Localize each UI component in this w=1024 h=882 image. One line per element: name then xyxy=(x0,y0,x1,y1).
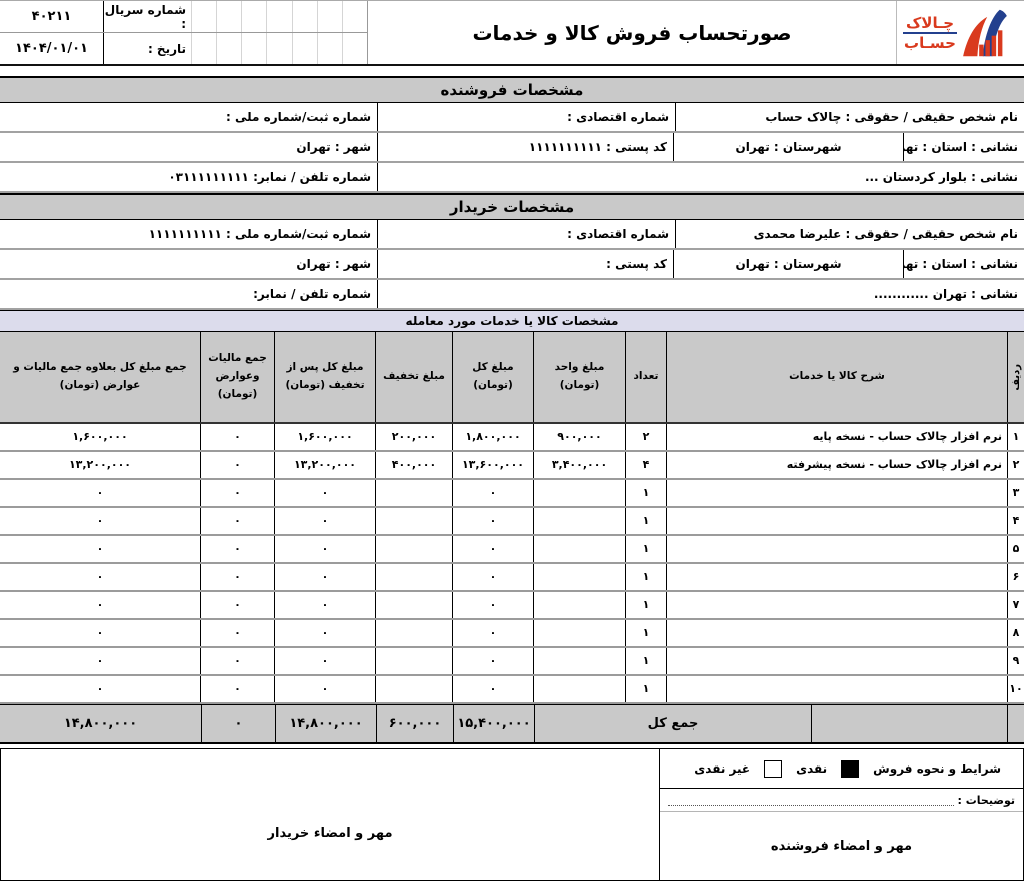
cell-total: ۰ xyxy=(452,648,533,674)
totals-empty-radif xyxy=(1007,705,1024,742)
totals-label: جمع کل xyxy=(534,705,811,742)
table-row: ۹۱۰۰۰۰ xyxy=(0,648,1024,676)
buyer-name: نام شخص حقیقی / حقوقی : علیرضا محمدی xyxy=(675,220,1024,248)
cell-desc xyxy=(666,592,1007,618)
cell-after: ۰ xyxy=(274,536,375,562)
table-row: ۱نرم افزار چالاک حساب - نسخه پایه۲۹۰۰,۰۰… xyxy=(0,424,1024,452)
col-header-description: شرح کالا یا خدمات xyxy=(666,332,1007,422)
cell-no: ۹ xyxy=(1007,648,1024,674)
buyer-registration: شماره ثبت/شماره ملی : ۱۱۱۱۱۱۱۱۱۱ xyxy=(0,220,377,248)
cell-disc xyxy=(375,648,452,674)
cell-total: ۱۳,۶۰۰,۰۰۰ xyxy=(452,452,533,478)
notes-row: توضیحات : xyxy=(660,789,1023,812)
items-band-title: مشخصات کالا یا خدمات مورد معامله xyxy=(0,310,1024,332)
empty-grid-cells xyxy=(191,1,367,32)
items-body: ۱نرم افزار چالاک حساب - نسخه پایه۲۹۰۰,۰۰… xyxy=(0,424,1024,704)
cell-no: ۸ xyxy=(1007,620,1024,646)
terms-label: شرایط و نحوه فروش xyxy=(873,762,1001,776)
table-row: ۶۱۰۰۰۰ xyxy=(0,564,1024,592)
cell-total: ۰ xyxy=(452,676,533,702)
cell-grand: ۰ xyxy=(0,564,200,590)
cell-unit xyxy=(533,592,625,618)
cell-tax: ۰ xyxy=(200,536,274,562)
totals-total-price: ۱۵,۴۰۰,۰۰۰ xyxy=(453,705,534,742)
empty-grid-cells xyxy=(191,33,367,64)
buyer-province: نشانی : استان : تهران xyxy=(903,250,1024,278)
cell-after: ۱۳,۲۰۰,۰۰۰ xyxy=(274,452,375,478)
logo-chart-icon xyxy=(960,8,1018,58)
cell-disc: ۴۰۰,۰۰۰ xyxy=(375,452,452,478)
buyer-section-header: مشخصات خریدار xyxy=(0,193,1024,220)
cell-grand: ۰ xyxy=(0,480,200,506)
seller-row-2: نشانی : استان : تهران شهرستان : تهران کد… xyxy=(0,133,1024,163)
buyer-address: نشانی : تهران ............ xyxy=(377,280,1024,308)
col-header-grand-total: جمع مبلغ کل بعلاوه جمع مالیات و عوارض (ت… xyxy=(0,332,200,422)
cell-tax: ۰ xyxy=(200,480,274,506)
cell-no: ۱۰ xyxy=(1007,676,1024,702)
cell-total: ۰ xyxy=(452,480,533,506)
cell-qty: ۱ xyxy=(625,564,666,590)
buyer-phone: شماره تلفن / نمابر: xyxy=(0,280,377,308)
cell-desc xyxy=(666,564,1007,590)
col-header-tax: جمع مالیات وعوارض (تومان) xyxy=(200,332,274,422)
seller-registration: شماره ثبت/شماره ملی : xyxy=(0,103,377,131)
cell-desc xyxy=(666,676,1007,702)
cell-grand: ۰ xyxy=(0,536,200,562)
cell-after: ۰ xyxy=(274,480,375,506)
table-row: ۵۱۰۰۰۰ xyxy=(0,536,1024,564)
buyer-row-3: نشانی : تهران ............ شماره تلفن / … xyxy=(0,280,1024,310)
cell-after: ۰ xyxy=(274,508,375,534)
table-row: ۴۱۰۰۰۰ xyxy=(0,508,1024,536)
buyer-city: شهر : تهران xyxy=(0,250,377,278)
cell-grand: ۱۳,۲۰۰,۰۰۰ xyxy=(0,452,200,478)
cell-grand: ۰ xyxy=(0,676,200,702)
cell-disc xyxy=(375,676,452,702)
cell-unit: ۹۰۰,۰۰۰ xyxy=(533,424,625,450)
totals-after-discount: ۱۴,۸۰۰,۰۰۰ xyxy=(275,705,376,742)
seller-signature-box: مهر و امضاء فروشنده xyxy=(660,812,1023,880)
table-row: ۲نرم افزار چالاک حساب - نسخه پیشرفته۴۳,۴… xyxy=(0,452,1024,480)
cell-unit: ۳,۴۰۰,۰۰۰ xyxy=(533,452,625,478)
col-header-row-number: ردیف xyxy=(1007,332,1024,422)
top-header: چـالاک حسـاب صورتحساب فروش کالا و خدمات … xyxy=(0,0,1024,66)
totals-tax: ۰ xyxy=(201,705,275,742)
cell-grand: ۰ xyxy=(0,592,200,618)
col-header-total-price: مبلغ کل (تومان) xyxy=(452,332,533,422)
cash-checkbox-checked-icon xyxy=(841,760,859,778)
seller-economic-code: شماره اقتصادی : xyxy=(377,103,675,131)
cell-unit xyxy=(533,508,625,534)
table-row: ۷۱۰۰۰۰ xyxy=(0,592,1024,620)
cell-tax: ۰ xyxy=(200,508,274,534)
cell-after: ۰ xyxy=(274,564,375,590)
col-header-quantity: تعداد xyxy=(625,332,666,422)
cell-tax: ۰ xyxy=(200,452,274,478)
cell-qty: ۲ xyxy=(625,424,666,450)
cell-tax: ۰ xyxy=(200,564,274,590)
cell-desc: نرم افزار چالاک حساب - نسخه پایه xyxy=(666,424,1007,450)
date-row: تاریخ : ۱۴۰۴/۰۱/۰۱ xyxy=(0,32,367,64)
cell-no: ۴ xyxy=(1007,508,1024,534)
cell-after: ۰ xyxy=(274,620,375,646)
cell-desc: نرم افزار چالاک حساب - نسخه پیشرفته xyxy=(666,452,1007,478)
table-row: ۱۰۱۰۰۰۰ xyxy=(0,676,1024,704)
cell-disc: ۲۰۰,۰۰۰ xyxy=(375,424,452,450)
cell-grand: ۱,۶۰۰,۰۰۰ xyxy=(0,424,200,450)
cell-disc xyxy=(375,564,452,590)
serial-row: شماره سریال : ۴۰۲۱۱ xyxy=(0,1,367,32)
totals-row: جمع کل ۱۵,۴۰۰,۰۰۰ ۶۰۰,۰۰۰ ۱۴,۸۰۰,۰۰۰ ۰ ۱… xyxy=(0,704,1024,744)
sale-terms-row: شرایط و نحوه فروش نقدی غیر نقدی xyxy=(660,749,1023,789)
cell-tax: ۰ xyxy=(200,648,274,674)
cell-total: ۰ xyxy=(452,620,533,646)
seller-province: نشانی : استان : تهران xyxy=(903,133,1024,161)
cell-unit xyxy=(533,480,625,506)
buyer-signature-box: مهر و امضاء خریدار xyxy=(1,749,659,880)
totals-discount: ۶۰۰,۰۰۰ xyxy=(376,705,453,742)
cell-desc xyxy=(666,536,1007,562)
cell-disc xyxy=(375,508,452,534)
cell-no: ۵ xyxy=(1007,536,1024,562)
items-table: ردیف شرح کالا یا خدمات تعداد مبلغ واحد (… xyxy=(0,332,1024,744)
cell-no: ۷ xyxy=(1007,592,1024,618)
footer-right-column: شرایط و نحوه فروش نقدی غیر نقدی توضیحات … xyxy=(659,749,1023,880)
cell-grand: ۰ xyxy=(0,620,200,646)
col-header-discount: مبلغ تخفیف xyxy=(375,332,452,422)
seller-postal-code: کد پستی : ۱۱۱۱۱۱۱۱۱۱ xyxy=(377,133,673,161)
logo-word-1: چـالاک xyxy=(903,14,957,34)
seller-county: شهرستان : تهران xyxy=(673,133,903,161)
cell-unit xyxy=(533,620,625,646)
cell-qty: ۱ xyxy=(625,620,666,646)
totals-grand-total: ۱۴,۸۰۰,۰۰۰ xyxy=(0,705,201,742)
cell-tax: ۰ xyxy=(200,676,274,702)
seller-name: نام شخص حقیقی / حقوقی : چالاک حساب xyxy=(675,103,1024,131)
cell-tax: ۰ xyxy=(200,424,274,450)
seller-phone: شماره تلفن / نمابر: ۰۳۱۱۱۱۱۱۱۱۱ xyxy=(0,163,377,191)
non-cash-label: غیر نقدی xyxy=(694,762,750,776)
cell-unit xyxy=(533,648,625,674)
cell-total: ۰ xyxy=(452,564,533,590)
seller-row-1: نام شخص حقیقی / حقوقی : چالاک حساب شماره… xyxy=(0,103,1024,133)
cell-no: ۲ xyxy=(1007,452,1024,478)
cell-unit xyxy=(533,536,625,562)
cell-no: ۳ xyxy=(1007,480,1024,506)
totals-empty-spacer xyxy=(811,705,1007,742)
items-table-header: ردیف شرح کالا یا خدمات تعداد مبلغ واحد (… xyxy=(0,332,1024,424)
invoice-title: صورتحساب فروش کالا و خدمات xyxy=(368,1,896,64)
cell-after: ۰ xyxy=(274,676,375,702)
cell-total: ۱,۸۰۰,۰۰۰ xyxy=(452,424,533,450)
cell-disc xyxy=(375,480,452,506)
seller-row-3: نشانی : بلوار کردستان ... شماره تلفن / ن… xyxy=(0,163,1024,193)
cell-grand: ۰ xyxy=(0,508,200,534)
cell-qty: ۱ xyxy=(625,592,666,618)
cell-desc xyxy=(666,620,1007,646)
non-cash-checkbox-icon xyxy=(764,760,782,778)
cell-total: ۰ xyxy=(452,536,533,562)
buyer-economic-code: شماره اقتصادی : xyxy=(377,220,675,248)
notes-dotted-line xyxy=(668,795,954,806)
footer: شرایط و نحوه فروش نقدی غیر نقدی توضیحات … xyxy=(0,748,1024,881)
cell-disc xyxy=(375,620,452,646)
cell-disc xyxy=(375,592,452,618)
cell-after: ۰ xyxy=(274,592,375,618)
cell-unit xyxy=(533,676,625,702)
cell-qty: ۱ xyxy=(625,536,666,562)
cell-after: ۱,۶۰۰,۰۰۰ xyxy=(274,424,375,450)
buyer-row-1: نام شخص حقیقی / حقوقی : علیرضا محمدی شما… xyxy=(0,220,1024,250)
serial-label: شماره سریال : xyxy=(103,1,191,32)
date-label: تاریخ : xyxy=(103,33,191,64)
logo-word-2: حسـاب xyxy=(904,34,956,52)
cell-desc xyxy=(666,648,1007,674)
notes-label: توضیحات : xyxy=(958,794,1016,807)
cell-qty: ۴ xyxy=(625,452,666,478)
cell-tax: ۰ xyxy=(200,620,274,646)
seller-city: شهر : تهران xyxy=(0,133,377,161)
buyer-row-2: نشانی : استان : تهران شهرستان : تهران کد… xyxy=(0,250,1024,280)
table-row: ۸۱۰۰۰۰ xyxy=(0,620,1024,648)
table-row: ۳۱۰۰۰۰ xyxy=(0,480,1024,508)
cell-qty: ۱ xyxy=(625,648,666,674)
seller-section-header: مشخصات فروشنده xyxy=(0,76,1024,103)
cell-unit xyxy=(533,564,625,590)
cell-no: ۱ xyxy=(1007,424,1024,450)
invoice-page: چـالاک حسـاب صورتحساب فروش کالا و خدمات … xyxy=(0,0,1024,882)
logo-text: چـالاک حسـاب xyxy=(903,14,957,52)
date-value: ۱۴۰۴/۰۱/۰۱ xyxy=(0,33,103,64)
serial-date-block: شماره سریال : ۴۰۲۱۱ تاریخ : ۱۴۰۴/۰۱/۰۱ xyxy=(0,1,368,64)
serial-value: ۴۰۲۱۱ xyxy=(0,1,103,32)
cell-disc xyxy=(375,536,452,562)
col-header-after-discount: مبلغ کل پس از تخفیف (تومان) xyxy=(274,332,375,422)
buyer-postal-code: کد پستی : xyxy=(377,250,673,278)
buyer-county: شهرستان : تهران xyxy=(673,250,903,278)
cell-grand: ۰ xyxy=(0,648,200,674)
seller-address: نشانی : بلوار کردستان ... xyxy=(377,163,1024,191)
col-header-unit-price: مبلغ واحد (تومان) xyxy=(533,332,625,422)
cell-after: ۰ xyxy=(274,648,375,674)
cell-qty: ۱ xyxy=(625,676,666,702)
cell-qty: ۱ xyxy=(625,480,666,506)
cell-qty: ۱ xyxy=(625,508,666,534)
cell-total: ۰ xyxy=(452,508,533,534)
cell-total: ۰ xyxy=(452,592,533,618)
company-logo: چـالاک حسـاب xyxy=(896,1,1024,64)
cell-desc xyxy=(666,508,1007,534)
cell-tax: ۰ xyxy=(200,592,274,618)
cell-desc xyxy=(666,480,1007,506)
cash-label: نقدی xyxy=(796,762,827,776)
cell-no: ۶ xyxy=(1007,564,1024,590)
